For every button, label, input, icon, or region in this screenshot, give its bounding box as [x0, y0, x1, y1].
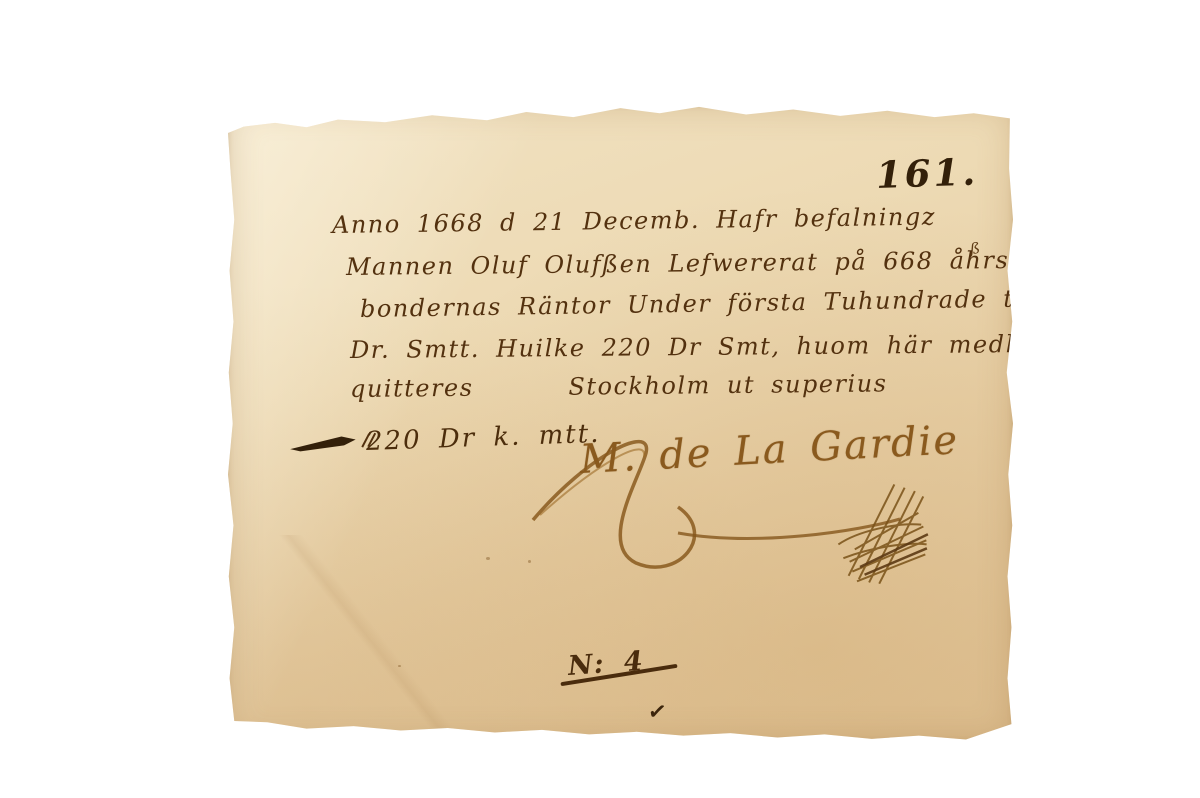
check-mark: ✓: [646, 698, 668, 726]
paper-crease: [228, 535, 528, 765]
body-line-1: Anno 1668 d 21 Decemb. Hafr befalningz: [332, 203, 936, 239]
body-line-3: bondernas Räntor Under första Tuhundrade…: [360, 284, 1075, 323]
ink-speck: [486, 557, 490, 560]
body-line-5-word: quitteres: [350, 374, 474, 403]
page-number: 161.: [875, 149, 979, 197]
paraph-crosshatch: [824, 473, 952, 601]
line-gap: [474, 395, 569, 396]
body-line-4: Dr. Smtt. Huilke 220 Dr Smt, huom här me…: [350, 330, 1023, 364]
body-line-2: Mannen Oluf Olufßen Lefwererat på 668 åh…: [346, 246, 1009, 281]
body-line-5: quitteresStockholm ut superius: [350, 369, 888, 403]
photo-background: 161. Anno 1668 d 21 Decemb. Hafr befalni…: [0, 0, 1200, 798]
ink-speck: [398, 665, 401, 667]
manuscript-paper: 161. Anno 1668 d 21 Decemb. Hafr befalni…: [228, 105, 1013, 742]
place-dateline: Stockholm ut superius: [568, 369, 887, 400]
